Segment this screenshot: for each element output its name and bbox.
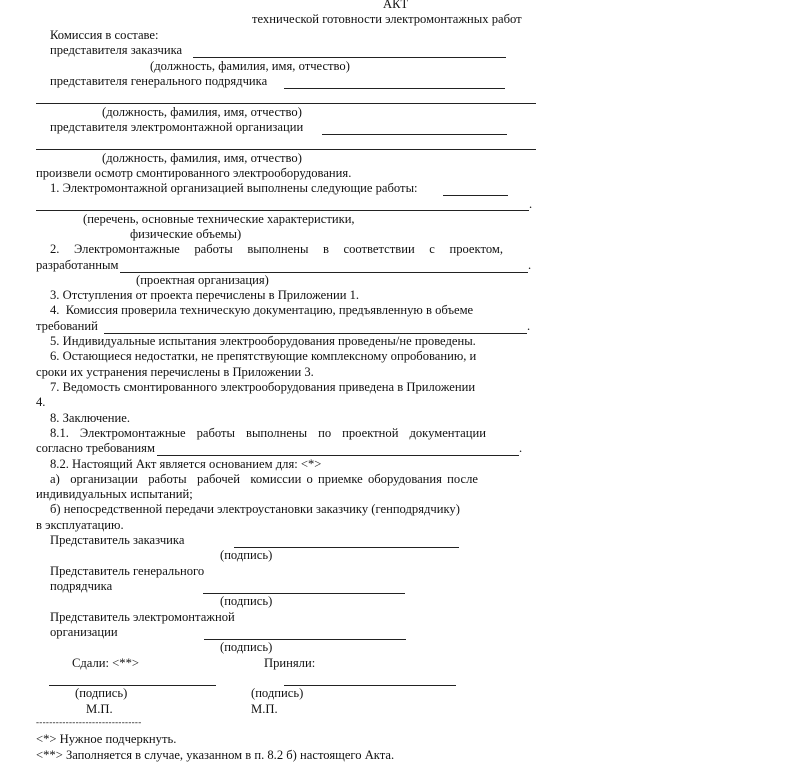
signature-hint: (подпись) <box>220 548 272 563</box>
item-4-line-1: 4. Комиссия проверила техническую докуме… <box>50 303 473 318</box>
item-1-period: . <box>529 197 532 212</box>
item-7-line-1: 7. Ведомость смонтированного электрообор… <box>50 380 475 395</box>
item-1-hint-1: (перечень, основные технические характер… <box>83 212 355 227</box>
item-8-2a-line-2: индивидуальных испытаний; <box>36 487 193 502</box>
inspection-text: произвели осмотр смонтированного электро… <box>36 166 351 181</box>
item-6-line-2: сроки их устранения перечислены в Прилож… <box>36 365 314 380</box>
item-8-2b-line-2: в эксплуатацию. <box>36 518 124 533</box>
item-8-2: 8.2. Настоящий Акт является основанием д… <box>50 457 321 472</box>
accepted-signature-field[interactable] <box>284 685 456 686</box>
item-2-line-2: разработанным <box>36 258 118 273</box>
general-contractor-rep-label: представителя генерального подрядчика <box>50 74 267 89</box>
item-8: 8. Заключение. <box>50 411 130 426</box>
item-5: 5. Индивидуальные испытания электрообору… <box>50 334 476 349</box>
item-2-line-1: 2. Электромонтажные работы выполнены в с… <box>50 242 503 257</box>
item-6-line-1: 6. Остающиеся недостатки, не препятствую… <box>50 349 476 364</box>
footnote-2: <**> Заполняется в случае, указанном в п… <box>36 748 394 763</box>
position-hint: (должность, фамилия, имя, отчество) <box>150 59 350 74</box>
item-1: 1. Электромонтажной организацией выполне… <box>50 181 418 196</box>
electrical-org-rep-field-2[interactable] <box>36 149 536 150</box>
general-contractor-signature-label-1: Представитель генерального <box>50 564 204 579</box>
accepted-signature-hint: (подпись) <box>251 686 303 701</box>
position-hint: (должность, фамилия, имя, отчество) <box>102 151 302 166</box>
footnote-separator: -------------------------------- <box>36 715 142 730</box>
footnote-1: <*> Нужное подчеркнуть. <box>36 732 176 747</box>
signature-hint: (подпись) <box>220 594 272 609</box>
electrical-org-rep-field[interactable] <box>322 134 507 135</box>
item-4-line-2: требований <box>36 319 98 334</box>
item-3: 3. Отступления от проекта перечислены в … <box>50 288 359 303</box>
electrical-org-rep-label: представителя электромонтажной организац… <box>50 120 303 135</box>
item-8-1-period: . <box>519 441 522 456</box>
item-7-line-2: 4. <box>36 395 45 410</box>
accepted-label: Приняли: <box>264 656 315 671</box>
document-subtitle: технической готовности электромонтажных … <box>252 12 522 27</box>
general-contractor-rep-field[interactable] <box>284 88 505 89</box>
customer-rep-signature-label: Представитель заказчика <box>50 533 184 548</box>
item-4-period: . <box>527 319 530 334</box>
customer-rep-label: представителя заказчика <box>50 43 182 58</box>
commission-intro: Комиссия в составе: <box>50 28 159 43</box>
item-8-1-line-2: согласно требованиям <box>36 441 155 456</box>
position-hint: (должность, фамилия, имя, отчество) <box>102 105 302 120</box>
item-8-2b-line-1: б) непосредственной передачи электроуста… <box>50 502 460 517</box>
electrical-org-signature-label-2: организации <box>50 625 118 640</box>
item-1-hint-2: физические объемы) <box>130 227 241 242</box>
item-8-1-line-1: 8.1. Электромонтажные работы выполнены п… <box>50 426 486 441</box>
general-contractor-signature-label-2: подрядчика <box>50 579 112 594</box>
item-1-field-2[interactable] <box>36 210 529 211</box>
item-8-2a-line-1: а) организации работы рабочей комиссии о… <box>50 472 478 487</box>
item-8-1-field[interactable] <box>157 455 519 456</box>
handed-over-signature-hint: (подпись) <box>75 686 127 701</box>
item-2-hint: (проектная организация) <box>136 273 269 288</box>
item-1-field[interactable] <box>443 195 508 196</box>
electrical-org-signature-label-1: Представитель электромонтажной <box>50 610 235 625</box>
item-2-period: . <box>528 258 531 273</box>
customer-rep-field[interactable] <box>193 57 506 58</box>
accepted-stamp: М.П. <box>251 702 278 717</box>
general-contractor-rep-field-2[interactable] <box>36 103 536 104</box>
handed-over-label: Сдали: <**> <box>72 656 139 671</box>
signature-hint: (подпись) <box>220 640 272 655</box>
document-title: АКТ <box>383 0 408 12</box>
